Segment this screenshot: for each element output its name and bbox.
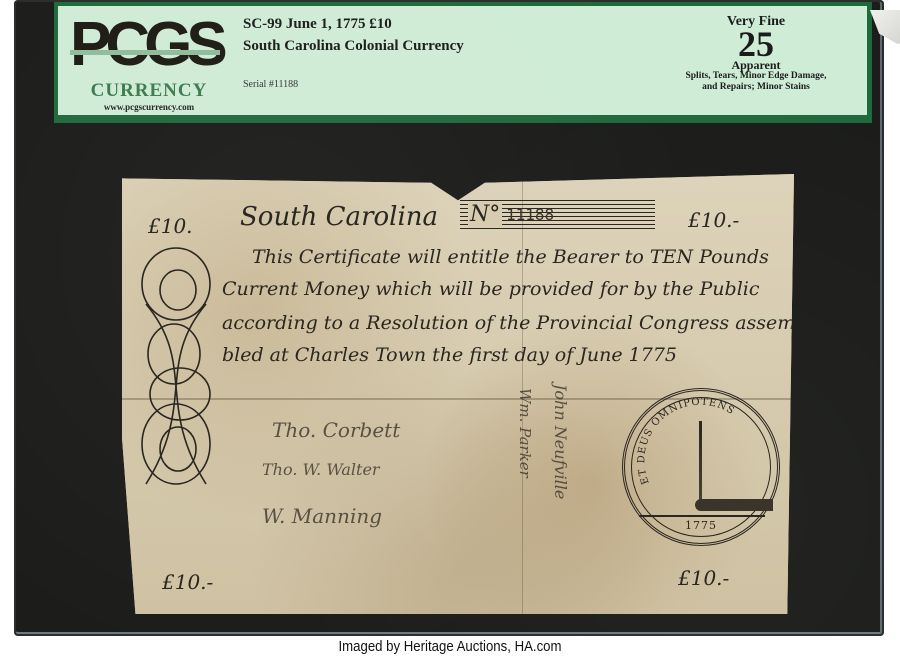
svg-text:ET DEUS OMNIPOTENS: ET DEUS OMNIPOTENS (636, 397, 736, 486)
serial-prefix: N° (468, 202, 502, 227)
catalog-line: SC-99 June 1, 1775 £10 (243, 16, 392, 33)
note-text-line: according to a Resolution of the Provinc… (222, 312, 795, 334)
image-credit: Imaged by Heritage Auctions, HA.com (54, 638, 846, 655)
vertical-signature: Wm. Parker (516, 388, 534, 478)
arm-icon (695, 499, 773, 511)
seal-emblem: ET DEUS OMNIPOTENS 1775 (622, 388, 780, 546)
state-name: South Carolina (240, 202, 438, 232)
signature: W. Manning (262, 504, 382, 528)
grade-qualifier: Apparent (651, 59, 861, 71)
tape-fragment (870, 10, 900, 44)
pcgs-logo: PCGS CURRENCY www.pcgscurrency.com (70, 14, 228, 114)
grade-word: Very Fine (651, 14, 861, 29)
serial-box: N° 11188 (460, 200, 655, 230)
currency-note: £10. South Carolina N° 11188 £10.- This … (122, 174, 794, 614)
pcgs-currency-wordmark: CURRENCY (70, 80, 228, 102)
denomination-bottom-left: £10.- (162, 570, 213, 594)
grade-block: Very Fine 25 Apparent Splits, Tears, Min… (651, 14, 861, 93)
pcgs-website: www.pcgscurrency.com (70, 102, 228, 112)
note-text-line: Current Money which will be provided for… (222, 278, 759, 300)
serial-number: 11188 (504, 205, 556, 224)
flourish-ornament (136, 244, 220, 524)
seal-year: 1775 (625, 519, 777, 532)
grade-notes-2: and Repairs; Minor Stains (651, 82, 861, 93)
sword-icon (699, 421, 702, 503)
note-text-line: bled at Charles Town the first day of Ju… (222, 344, 677, 366)
note-description: South Carolina Colonial Currency (243, 38, 464, 55)
grade-notes-1: Splits, Tears, Minor Edge Damage, (651, 71, 861, 82)
grading-label: PCGS CURRENCY www.pcgscurrency.com SC-99… (54, 2, 872, 123)
signature: Tho. W. Walter (262, 460, 380, 479)
denomination-top-left: £10. (148, 214, 193, 238)
holder-serial: Serial #11188 (243, 79, 298, 90)
note-text-line: This Certificate will entitle the Bearer… (252, 246, 769, 268)
pcgs-brand: PCGS (70, 14, 222, 76)
grade-number: 25 (651, 29, 861, 59)
denomination-top-right: £10.- (688, 208, 739, 232)
vertical-signature: John Neufville (551, 384, 570, 499)
denomination-bottom-right: £10.- (678, 566, 729, 590)
signature: Tho. Corbett (272, 418, 400, 442)
